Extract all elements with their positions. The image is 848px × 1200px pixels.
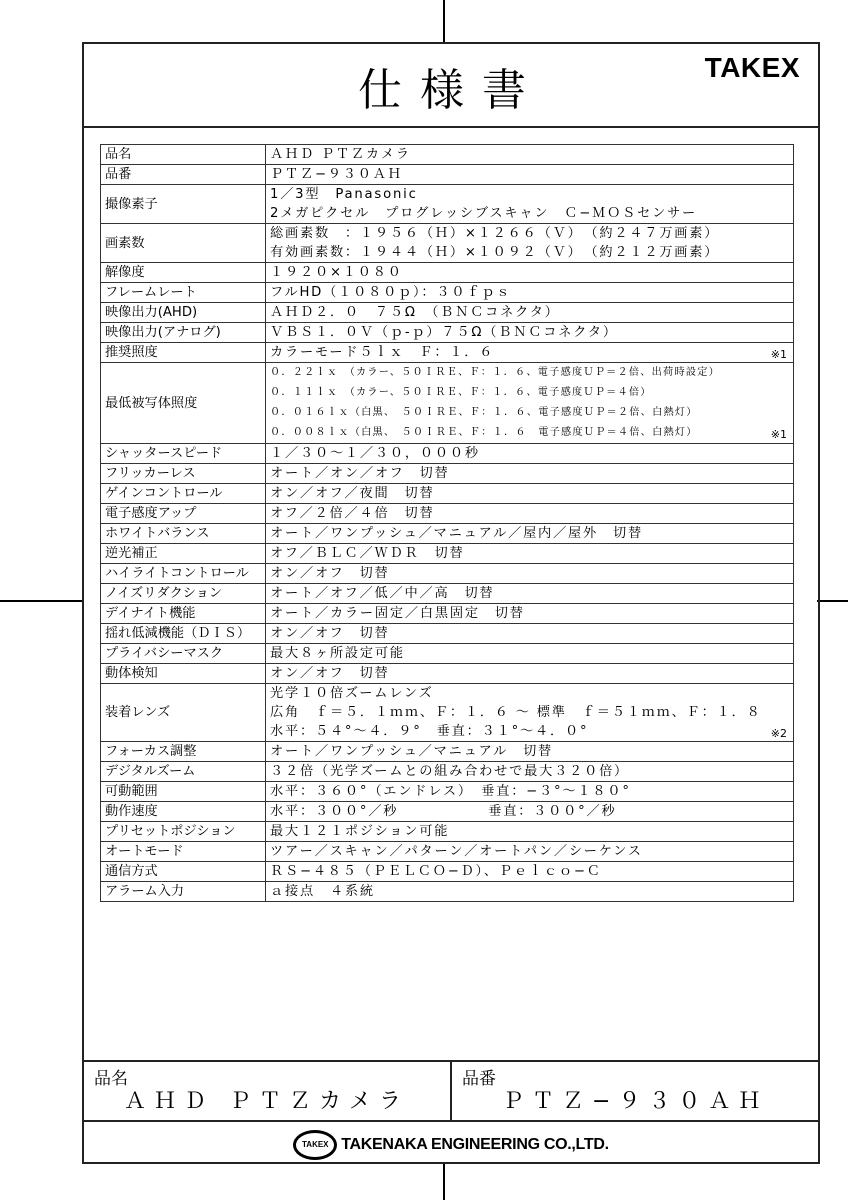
spec-row: 動体検知オン／オフ 切替 (101, 664, 794, 684)
spec-value-line: ０．１１ｌｘ （カラー、５０ＩＲＥ、Ｆ：１．６、電子感度ＵＰ＝４倍） (270, 383, 789, 403)
spec-row: 解像度１９２０×１０８０ (101, 263, 794, 283)
spec-value-line: オフ／ＢＬＣ／ＷＤＲ 切替 (270, 544, 789, 563)
spec-row: 最低被写体照度０．２２ｌｘ （カラー、５０ＩＲＥ、Ｆ：１．６、電子感度ＵＰ＝２倍… (101, 363, 794, 444)
spec-label: フリッカーレス (101, 464, 266, 484)
spec-value-line: 2メガピクセル プログレッシブスキャン Ｃ−ＭＯＳセンサー (270, 204, 789, 223)
spec-value: オフ／２倍／４倍 切替 (266, 504, 794, 524)
spec-label: 画素数 (101, 224, 266, 263)
spec-value-line: 水平：５４°〜４．９° 垂直：３１°〜４．０°※2 (270, 722, 789, 741)
spec-label: 逆光補正 (101, 544, 266, 564)
spec-row: フォーカス調整オート／ワンプッシュ／マニュアル 切替 (101, 742, 794, 762)
spec-table: 品名ＡＨＤ ＰＴＺカメラ品番ＰＴＺ−９３０ＡＨ撮像素子1／3型 Panasoni… (100, 144, 794, 902)
spec-value-line: １／３０〜１／３０，０００秒 (270, 444, 789, 463)
crop-mark-right (817, 600, 848, 602)
spec-label: 可動範囲 (101, 782, 266, 802)
spec-value-line: オン／オフ 切替 (270, 624, 789, 643)
spec-value-line: ＡＨＤ ＰＴＺカメラ (270, 145, 789, 164)
spec-value: 水平：３００°／秒 垂直：３００°／秒 (266, 802, 794, 822)
spec-value: ａ接点 ４系統 (266, 882, 794, 902)
takex-oval-logo-icon: TAKEX (293, 1130, 337, 1160)
spec-value: オート／オフ／低／中／高 切替 (266, 584, 794, 604)
footnote-mark: ※1 (771, 425, 787, 445)
spec-value: ＲＳ−４８５（ＰＥＬＣＯ−Ｄ）、Ｐｅｌｃｏ−Ｃ (266, 862, 794, 882)
spec-row: 揺れ低減機能（ＤＩＳ）オン／オフ 切替 (101, 624, 794, 644)
footer-name-value: ＡＨＤ ＰＴＺカメラ (124, 1084, 409, 1115)
spec-value-line: ＰＴＺ−９３０ＡＨ (270, 165, 789, 184)
footnote-mark: ※2 (771, 724, 787, 743)
spec-value: オン／オフ 切替 (266, 664, 794, 684)
spec-label: オートモード (101, 842, 266, 862)
spec-value-line: オン／オフ 切替 (270, 564, 789, 583)
spec-value-line: ａ接点 ４系統 (270, 882, 789, 901)
spec-value-line: ３２倍（光学ズームとの組み合わせで最大３２０倍） (270, 762, 789, 781)
spec-value: 最大１２１ポジション可能 (266, 822, 794, 842)
spec-value-line: ＶＢＳ１．０Ｖ（ｐ-ｐ）７５Ω（ＢＮＣコネクタ） (270, 323, 789, 342)
spec-value-line: 広角 ｆ＝５．１ｍｍ、Ｆ：１．６ 〜 標準 ｆ＝５１ｍｍ、Ｆ：１．８ (270, 703, 789, 722)
spec-row: アラーム入力ａ接点 ４系統 (101, 882, 794, 902)
spec-value: ツアー／スキャン／パターン／オートパン／シーケンス (266, 842, 794, 862)
spec-label: アラーム入力 (101, 882, 266, 902)
footnote-mark: ※1 (771, 345, 787, 364)
spec-label: 装着レンズ (101, 684, 266, 742)
spec-value-line: 水平：３００°／秒 垂直：３００°／秒 (270, 802, 789, 821)
spec-value: オン／オフ 切替 (266, 624, 794, 644)
spec-row: ゲインコントロールオン／オフ／夜間 切替 (101, 484, 794, 504)
spec-label: 映像出力(AHD) (101, 303, 266, 323)
spec-value-line: オート／ワンプッシュ／マニュアル 切替 (270, 742, 789, 761)
spec-value: 総画素数 ：１９５６（Ｈ）×１２６６（Ｖ） （約２４７万画素）有効画素数：１９４… (266, 224, 794, 263)
spec-value: ＡＨＤ ＰＴＺカメラ (266, 145, 794, 165)
spec-row: ノイズリダクションオート／オフ／低／中／高 切替 (101, 584, 794, 604)
spec-label: 揺れ低減機能（ＤＩＳ） (101, 624, 266, 644)
spec-value: １／３０〜１／３０，０００秒 (266, 444, 794, 464)
spec-row: デイナイト機能オート／カラー固定／白黒固定 切替 (101, 604, 794, 624)
spec-value: カラーモード５ｌｘ Ｆ：１．６※1 (266, 343, 794, 363)
spec-label: プリセットポジション (101, 822, 266, 842)
footer-number-value: ＰＴＺ−９３０ＡＨ (502, 1084, 768, 1115)
spec-label: ハイライトコントロール (101, 564, 266, 584)
spec-label: デジタルズーム (101, 762, 266, 782)
spec-label: プライバシーマスク (101, 644, 266, 664)
spec-row: フレームレートフルHD（１０８０ｐ）：３０ｆｐｓ (101, 283, 794, 303)
spec-row: 品名ＡＨＤ ＰＴＺカメラ (101, 145, 794, 165)
spec-label: 通信方式 (101, 862, 266, 882)
spec-label: 動体検知 (101, 664, 266, 684)
spec-row: プリセットポジション最大１２１ポジション可能 (101, 822, 794, 842)
spec-value: フルHD（１０８０ｐ）：３０ｆｐｓ (266, 283, 794, 303)
spec-value-line: 水平：３６０°（エンドレス） 垂直：−３°〜１８０° (270, 782, 789, 801)
spec-value-line: オン／オフ／夜間 切替 (270, 484, 789, 503)
spec-value: １９２０×１０８０ (266, 263, 794, 283)
spec-row: オートモードツアー／スキャン／パターン／オートパン／シーケンス (101, 842, 794, 862)
spec-label: ゲインコントロール (101, 484, 266, 504)
crop-mark-left (0, 600, 83, 602)
document-frame: 仕様書 TAKEX 品名ＡＨＤ ＰＴＺカメラ品番ＰＴＺ−９３０ＡＨ撮像素子1／3… (82, 42, 820, 1164)
spec-value-line: ＲＳ−４８５（ＰＥＬＣＯ−Ｄ）、Ｐｅｌｃｏ−Ｃ (270, 862, 789, 881)
spec-row: ホワイトバランスオート／ワンプッシュ／マニュアル／屋内／屋外 切替 (101, 524, 794, 544)
spec-row: 逆光補正オフ／ＢＬＣ／ＷＤＲ 切替 (101, 544, 794, 564)
spec-value: オート／オン／オフ 切替 (266, 464, 794, 484)
spec-value-line: 光学１０倍ズームレンズ (270, 684, 789, 703)
spec-value: ３２倍（光学ズームとの組み合わせで最大３２０倍） (266, 762, 794, 782)
spec-value-line: オート／オン／オフ 切替 (270, 464, 789, 483)
crop-mark-bottom (443, 1162, 445, 1200)
spec-value-line: ０．００８ｌｘ（白黒、 ５０ＩＲＥ、Ｆ：１．６ 電子感度ＵＰ＝４倍、白熱灯）※1 (270, 423, 789, 443)
spec-value-line: ツアー／スキャン／パターン／オートパン／シーケンス (270, 842, 789, 861)
spec-row: 映像出力(アナログ)ＶＢＳ１．０Ｖ（ｐ-ｐ）７５Ω（ＢＮＣコネクタ） (101, 323, 794, 343)
title-band: 仕様書 TAKEX (84, 44, 818, 128)
spec-row: 電子感度アップオフ／２倍／４倍 切替 (101, 504, 794, 524)
spec-value-line: 有効画素数：１９４４（Ｈ）×１０９２（Ｖ） （約２１２万画素） (270, 243, 789, 262)
spec-value-line: ０．２２ｌｘ （カラー、５０ＩＲＥ、Ｆ：１．６、電子感度ＵＰ＝２倍、出荷時設定） (270, 363, 789, 383)
spec-label: ホワイトバランス (101, 524, 266, 544)
spec-row: 推奨照度カラーモード５ｌｘ Ｆ：１．６※1 (101, 343, 794, 363)
spec-value: オフ／ＢＬＣ／ＷＤＲ 切替 (266, 544, 794, 564)
spec-label: フレームレート (101, 283, 266, 303)
spec-row: 画素数総画素数 ：１９５６（Ｈ）×１２６６（Ｖ） （約２４７万画素）有効画素数：… (101, 224, 794, 263)
footer-number-label: 品番 (462, 1064, 496, 1089)
spec-label: デイナイト機能 (101, 604, 266, 624)
spec-label: 動作速度 (101, 802, 266, 822)
spec-value: ＶＢＳ１．０Ｖ（ｐ-ｐ）７５Ω（ＢＮＣコネクタ） (266, 323, 794, 343)
spec-value: オート／ワンプッシュ／マニュアル 切替 (266, 742, 794, 762)
company-name: TAKEXTAKENAKA ENGINEERING CO.,LTD. (84, 1130, 818, 1160)
spec-value-line: 最大８ヶ所設定可能 (270, 644, 789, 663)
spec-row: 動作速度水平：３００°／秒 垂直：３００°／秒 (101, 802, 794, 822)
spec-label: 電子感度アップ (101, 504, 266, 524)
spec-label: 映像出力(アナログ) (101, 323, 266, 343)
spec-row: 装着レンズ光学１０倍ズームレンズ広角 ｆ＝５．１ｍｍ、Ｆ：１．６ 〜 標準 ｆ＝… (101, 684, 794, 742)
spec-value-line: オート／ワンプッシュ／マニュアル／屋内／屋外 切替 (270, 524, 789, 543)
spec-row: 撮像素子1／3型 Panasonic2メガピクセル プログレッシブスキャン Ｃ−… (101, 185, 794, 224)
spec-row: プライバシーマスク最大８ヶ所設定可能 (101, 644, 794, 664)
footer-product-row: 品名 ＡＨＤ ＰＴＺカメラ 品番 ＰＴＺ−９３０ＡＨ (84, 1060, 818, 1120)
spec-label: シャッタースピード (101, 444, 266, 464)
spec-value-line: 総画素数 ：１９５６（Ｈ）×１２６６（Ｖ） （約２４７万画素） (270, 224, 789, 243)
spec-value-line: オン／オフ 切替 (270, 664, 789, 683)
spec-row: 通信方式ＲＳ−４８５（ＰＥＬＣＯ−Ｄ）、Ｐｅｌｃｏ−Ｃ (101, 862, 794, 882)
spec-value: 光学１０倍ズームレンズ広角 ｆ＝５．１ｍｍ、Ｆ：１．６ 〜 標準 ｆ＝５１ｍｍ、… (266, 684, 794, 742)
spec-row: シャッタースピード１／３０〜１／３０，０００秒 (101, 444, 794, 464)
spec-label: 最低被写体照度 (101, 363, 266, 444)
spec-row: デジタルズーム３２倍（光学ズームとの組み合わせで最大３２０倍） (101, 762, 794, 782)
spec-value-line: オフ／２倍／４倍 切替 (270, 504, 789, 523)
spec-row: 可動範囲水平：３６０°（エンドレス） 垂直：−３°〜１８０° (101, 782, 794, 802)
spec-label: 品番 (101, 165, 266, 185)
spec-label: 撮像素子 (101, 185, 266, 224)
spec-value: オン／オフ／夜間 切替 (266, 484, 794, 504)
spec-value: ＰＴＺ−９３０ＡＨ (266, 165, 794, 185)
spec-value-line: 1／3型 Panasonic (270, 185, 789, 204)
spec-value-line: カラーモード５ｌｘ Ｆ：１．６※1 (270, 343, 789, 362)
footer-name-label: 品名 (94, 1064, 128, 1089)
spec-label: ノイズリダクション (101, 584, 266, 604)
spec-value: オート／カラー固定／白黒固定 切替 (266, 604, 794, 624)
spec-value: オン／オフ 切替 (266, 564, 794, 584)
spec-label: 品名 (101, 145, 266, 165)
brand-logo: TAKEX (705, 52, 800, 84)
spec-value-line: オート／オフ／低／中／高 切替 (270, 584, 789, 603)
spec-value: 1／3型 Panasonic2メガピクセル プログレッシブスキャン Ｃ−ＭＯＳセ… (266, 185, 794, 224)
company-label: TAKENAKA ENGINEERING CO.,LTD. (341, 1136, 608, 1153)
spec-value: 水平：３６０°（エンドレス） 垂直：−３°〜１８０° (266, 782, 794, 802)
spec-label: 推奨照度 (101, 343, 266, 363)
spec-row: 品番ＰＴＺ−９３０ＡＨ (101, 165, 794, 185)
footer-name-cell: 品名 ＡＨＤ ＰＴＺカメラ (84, 1062, 452, 1120)
spec-value: ０．２２ｌｘ （カラー、５０ＩＲＥ、Ｆ：１．６、電子感度ＵＰ＝２倍、出荷時設定）… (266, 363, 794, 444)
spec-value: ＡＨＤ２．０ ７５Ω （ＢＮＣコネクタ） (266, 303, 794, 323)
spec-label: フォーカス調整 (101, 742, 266, 762)
spec-label: 解像度 (101, 263, 266, 283)
spec-value-line: ＡＨＤ２．０ ７５Ω （ＢＮＣコネクタ） (270, 303, 789, 322)
spec-value-line: 最大１２１ポジション可能 (270, 822, 789, 841)
spec-value-line: １９２０×１０８０ (270, 263, 789, 282)
spec-value-line: オート／カラー固定／白黒固定 切替 (270, 604, 789, 623)
spec-row: 映像出力(AHD)ＡＨＤ２．０ ７５Ω （ＢＮＣコネクタ） (101, 303, 794, 323)
crop-mark-top (443, 0, 445, 43)
footer-company-row: TAKEXTAKENAKA ENGINEERING CO.,LTD. (84, 1120, 818, 1164)
spec-value-line: ０．０１６ｌｘ（白黒、 ５０ＩＲＥ、Ｆ：１．６、電子感度ＵＰ＝２倍、白熱灯） (270, 403, 789, 423)
spec-value-line: フルHD（１０８０ｐ）：３０ｆｐｓ (270, 283, 789, 302)
spec-row: ハイライトコントロールオン／オフ 切替 (101, 564, 794, 584)
footer-number-cell: 品番 ＰＴＺ−９３０ＡＨ (452, 1062, 818, 1120)
spec-value: オート／ワンプッシュ／マニュアル／屋内／屋外 切替 (266, 524, 794, 544)
spec-row: フリッカーレスオート／オン／オフ 切替 (101, 464, 794, 484)
spec-value: 最大８ヶ所設定可能 (266, 644, 794, 664)
